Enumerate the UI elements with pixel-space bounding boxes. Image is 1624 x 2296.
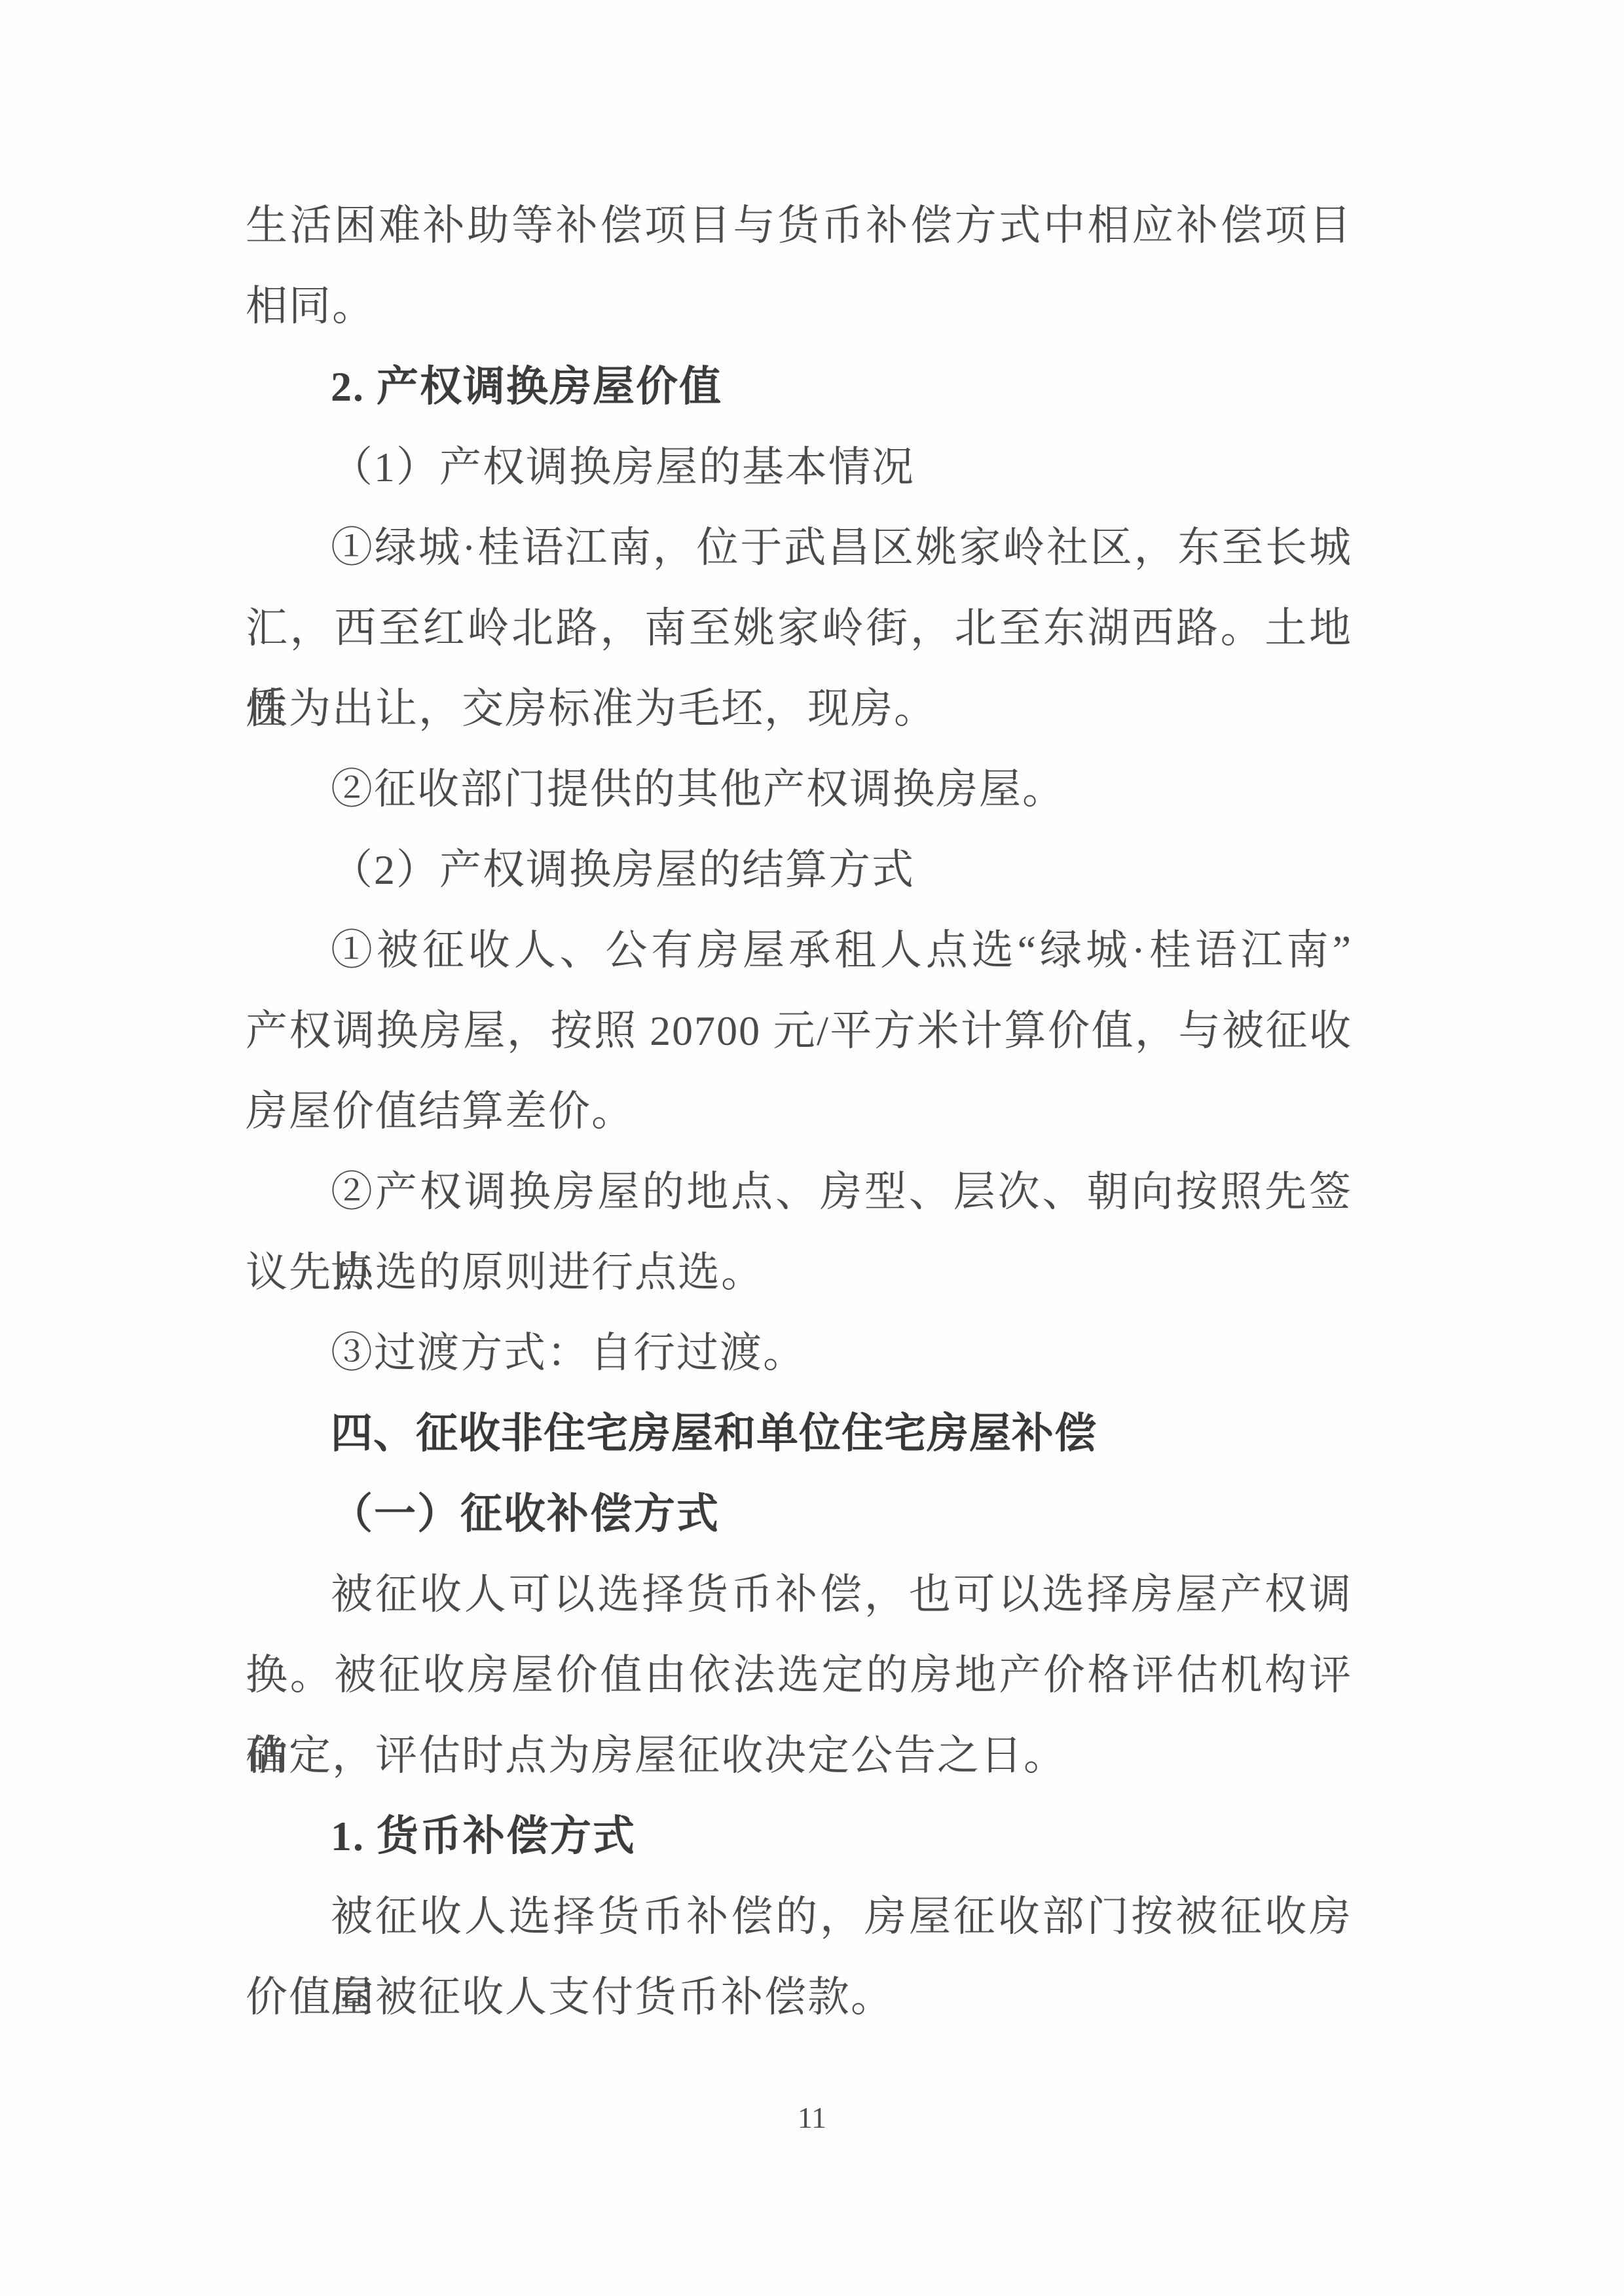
- paragraph: ②产权调换房屋的地点、房型、层次、朝向按照先签协议先点选的原则进行点选。: [246, 1152, 1352, 1313]
- paragraph: ②征收部门提供的其他产权调换房屋。: [246, 749, 1352, 829]
- paragraph: ①绿城·桂语江南，位于武昌区姚家岭社区，东至长城汇，西至红岭北路，南至姚家岭街，…: [246, 507, 1352, 749]
- text-line: 1. 货币补偿方式: [246, 1796, 1352, 1876]
- text-line: （2）产权调换房屋的结算方式: [246, 829, 1352, 910]
- text-line: 2. 产权调换房屋价值: [246, 346, 1352, 427]
- paragraph: 2. 产权调换房屋价值: [246, 346, 1352, 427]
- paragraph: 1. 货币补偿方式: [246, 1796, 1352, 1876]
- text-line: 换。被征收房屋价值由依法选定的房地产价格评估机构评估: [246, 1635, 1352, 1715]
- page-number: 11: [0, 2098, 1624, 2138]
- document-page: 生活困难补助等补偿项目与货币补偿方式中相应补偿项目相同。2. 产权调换房屋价值（…: [0, 0, 1624, 2296]
- paragraph: 被征收人选择货币补偿的，房屋征收部门按被征收房屋价值向被征收人支付货币补偿款。: [246, 1876, 1352, 2037]
- text-line: 汇，西至红岭北路，南至姚家岭街，北至东湖西路。土地性: [246, 588, 1352, 668]
- text-line: 价值向被征收人支付货币补偿款。: [246, 1957, 1352, 2037]
- text-line: 议先点选的原则进行点选。: [246, 1232, 1352, 1313]
- text-line: 四、征收非住宅房屋和单位住宅房屋补偿: [246, 1393, 1352, 1474]
- document-body: 生活困难补助等补偿项目与货币补偿方式中相应补偿项目相同。2. 产权调换房屋价值（…: [246, 185, 1352, 2037]
- paragraph: 四、征收非住宅房屋和单位住宅房屋补偿: [246, 1393, 1352, 1474]
- text-line: 相同。: [246, 266, 1352, 346]
- paragraph: 被征收人可以选择货币补偿，也可以选择房屋产权调换。被征收房屋价值由依法选定的房地…: [246, 1554, 1352, 1796]
- paragraph: ①被征收人、公有房屋承租人点选“绿城·桂语江南”产权调换房屋，按照 20700 …: [246, 910, 1352, 1152]
- text-line: （1）产权调换房屋的基本情况: [246, 427, 1352, 507]
- text-line: 被征收人选择货币补偿的，房屋征收部门按被征收房屋: [246, 1876, 1352, 1957]
- text-line: 确定，评估时点为房屋征收决定公告之日。: [246, 1715, 1352, 1796]
- text-line: ③过渡方式：自行过渡。: [246, 1313, 1352, 1393]
- paragraph: （2）产权调换房屋的结算方式: [246, 829, 1352, 910]
- text-line: 生活困难补助等补偿项目与货币补偿方式中相应补偿项目: [246, 185, 1352, 266]
- text-line: ②产权调换房屋的地点、房型、层次、朝向按照先签协: [246, 1152, 1352, 1232]
- paragraph: 生活困难补助等补偿项目与货币补偿方式中相应补偿项目相同。: [246, 185, 1352, 346]
- text-line: 房屋价值结算差价。: [246, 1071, 1352, 1152]
- text-line: （一）征收补偿方式: [246, 1474, 1352, 1554]
- text-line: 被征收人可以选择货币补偿，也可以选择房屋产权调: [246, 1554, 1352, 1635]
- text-line: ②征收部门提供的其他产权调换房屋。: [246, 749, 1352, 829]
- paragraph: （1）产权调换房屋的基本情况: [246, 427, 1352, 507]
- text-line: 质为出让，交房标准为毛坯，现房。: [246, 668, 1352, 749]
- paragraph: ③过渡方式：自行过渡。: [246, 1313, 1352, 1393]
- text-line: 产权调换房屋，按照 20700 元/平方米计算价值，与被征收: [246, 991, 1352, 1071]
- paragraph: （一）征收补偿方式: [246, 1474, 1352, 1554]
- text-line: ①被征收人、公有房屋承租人点选“绿城·桂语江南”: [246, 910, 1352, 991]
- text-line: ①绿城·桂语江南，位于武昌区姚家岭社区，东至长城: [246, 507, 1352, 588]
